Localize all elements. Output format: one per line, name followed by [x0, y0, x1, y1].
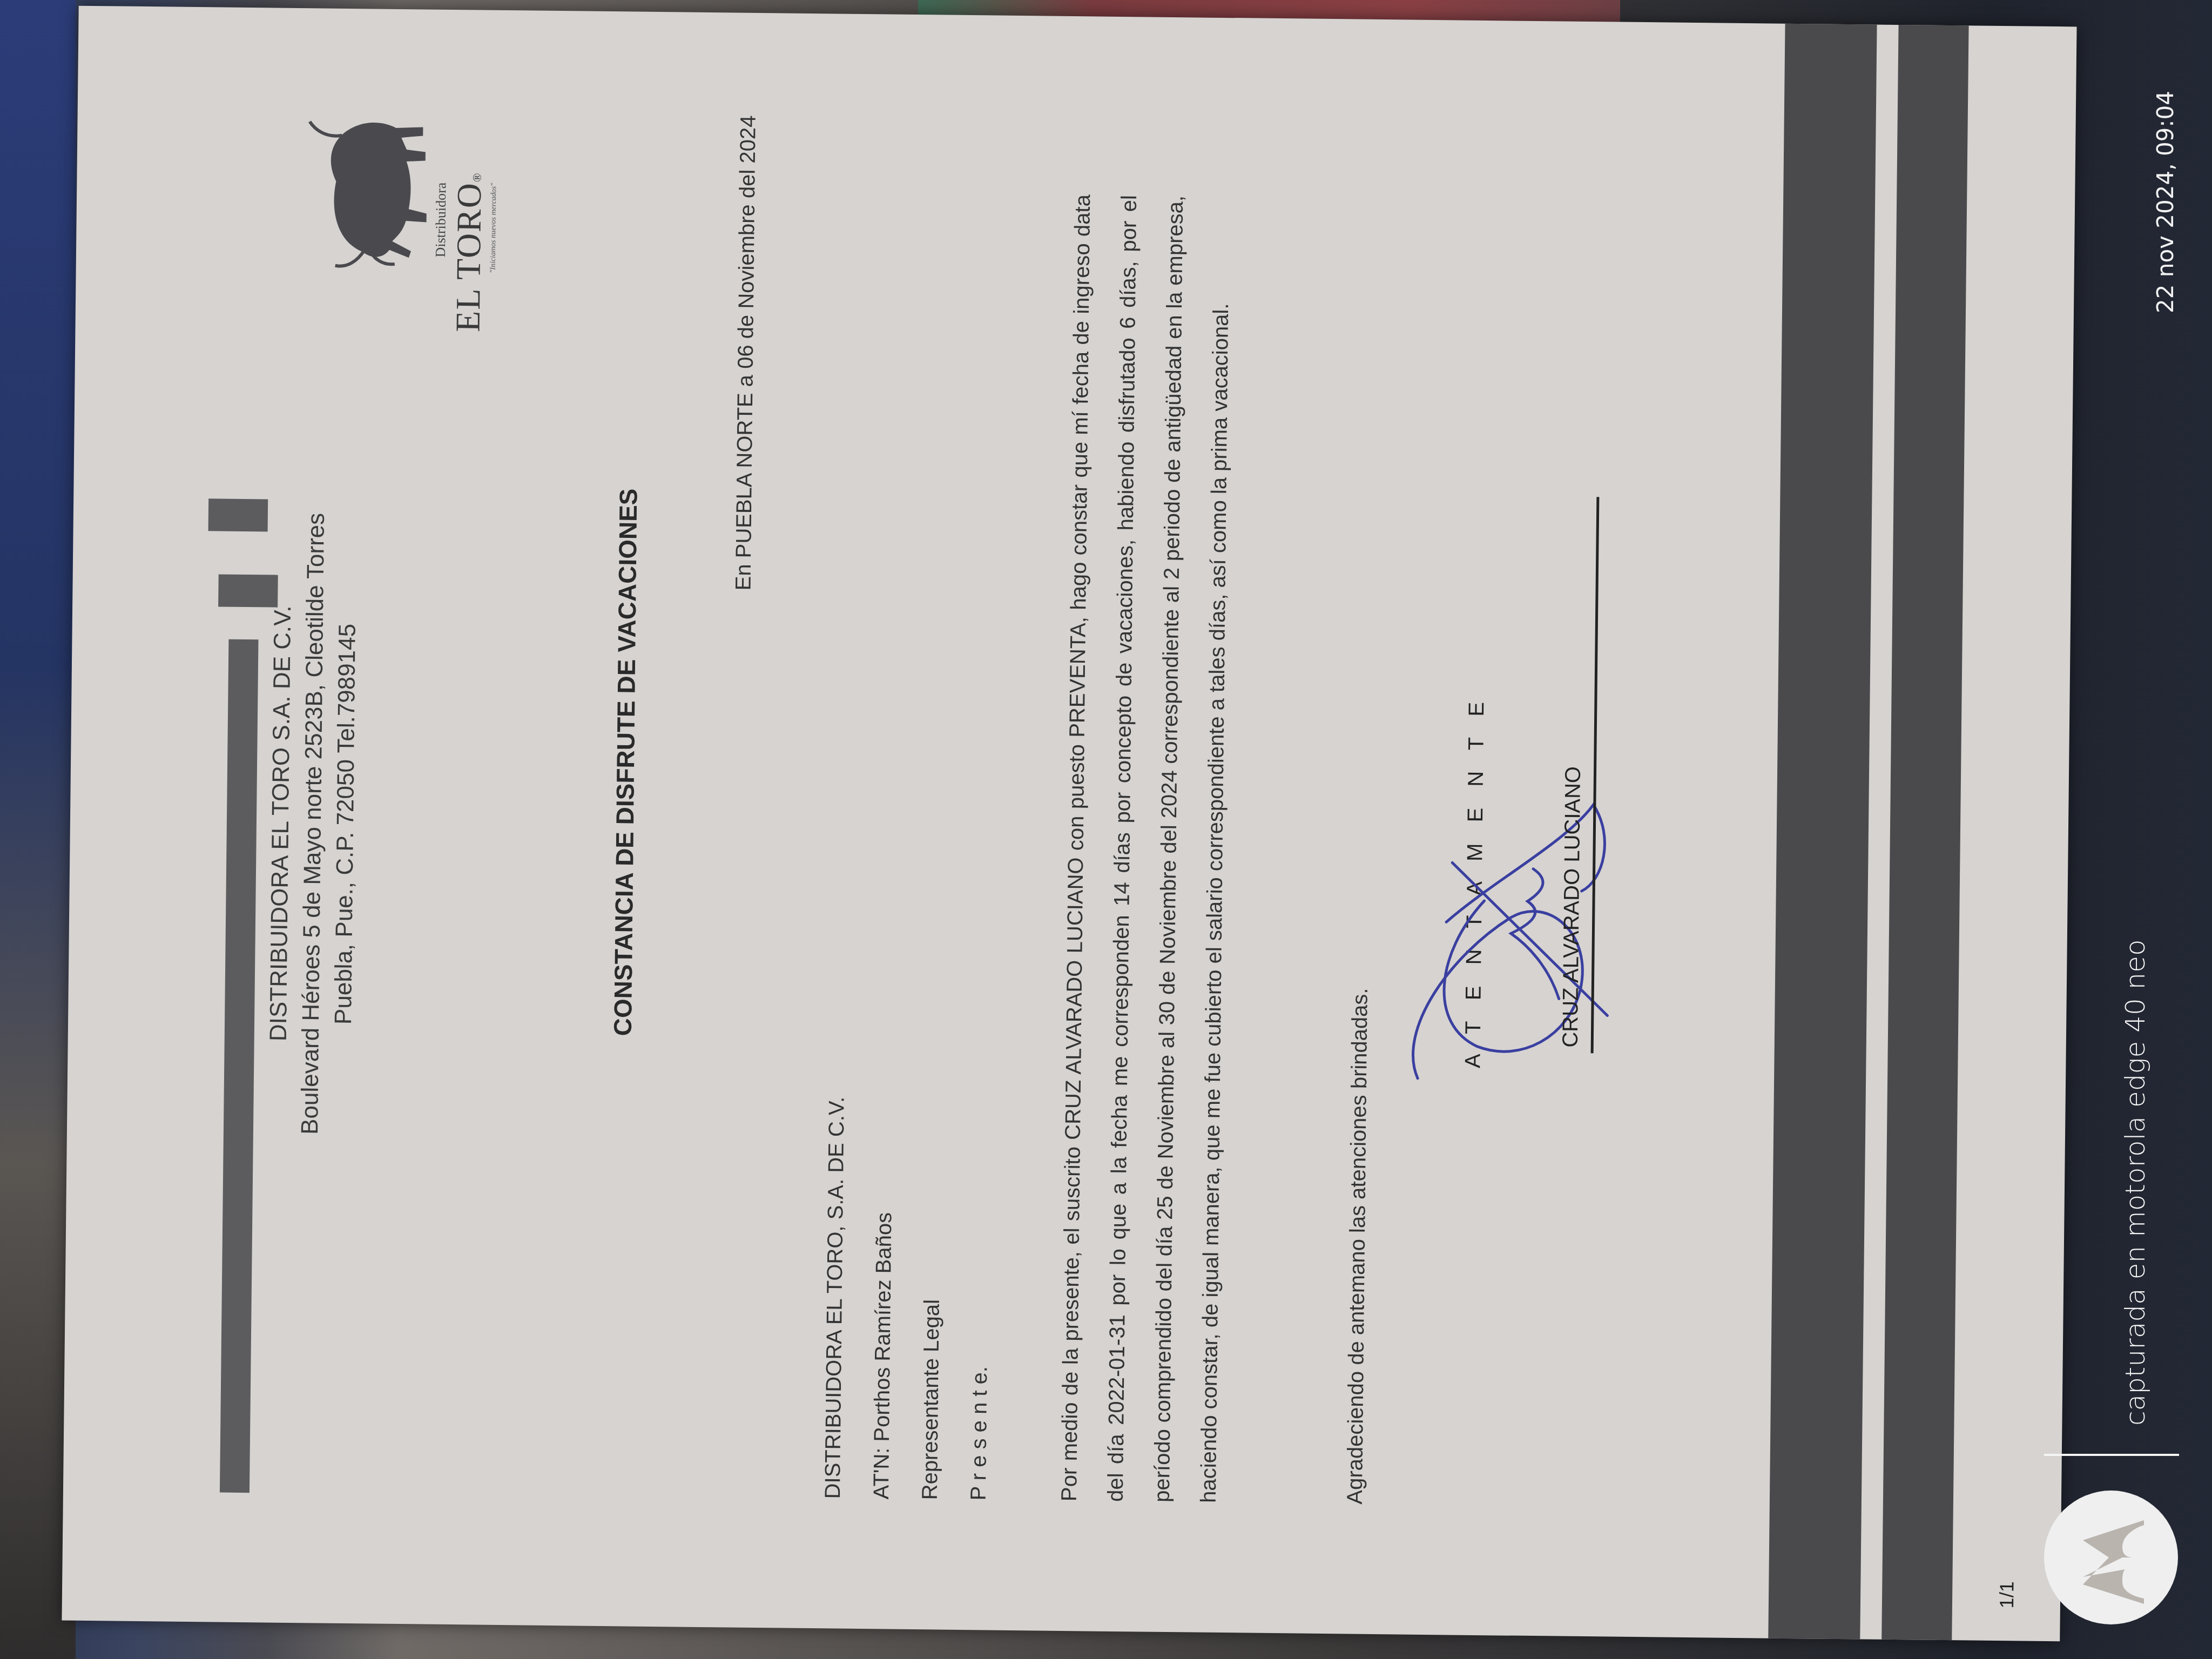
- watermark-divider: [2044, 1454, 2179, 1456]
- photo-timestamp: 22 nov 2024, 09:04: [2152, 91, 2179, 313]
- logo-brand-text: EL TORO®: [447, 172, 489, 399]
- signer-name: CRUZ ALVARADO LUCIANO: [1559, 766, 1586, 1048]
- addressee-company: DISTRIBUIDORA EL TORO, S.A. DE C.V.: [808, 1096, 861, 1499]
- company-city: Puebla, Pue., C.P. 72050 Tel.7989145: [326, 500, 366, 1149]
- place-date: En PUEBLA NORTE a 06 de Noviembre del 20…: [730, 115, 761, 763]
- addressee-attention: AT'N: Porthos Ramírez Baños: [857, 1097, 910, 1500]
- document-title: CONSTANCIA DE DISFRUTE DE VACACIONES: [607, 384, 644, 1140]
- addressee-greeting: P r e s e n t e.: [954, 1098, 1007, 1501]
- company-logo: Distribuidora EL TORO® "Iniciamos nuevos…: [301, 95, 521, 399]
- company-header: DISTRIBUIDORA EL TORO S.A. DE C.V. Boule…: [261, 499, 366, 1148]
- decorative-stripe: [220, 639, 259, 1493]
- logo-small-text: Distribuidora: [431, 183, 449, 399]
- motorola-logo-icon: [2044, 1491, 2178, 1624]
- footer-stripe: [1768, 24, 1877, 1640]
- footer-stripe: [1881, 25, 1968, 1640]
- document-page: DISTRIBUIDORA EL TORO S.A. DE C.V. Boule…: [62, 6, 2076, 1642]
- addressee-role: Representante Legal: [906, 1097, 959, 1500]
- closing-line: Agradeciendo de antemano las atenciones …: [1343, 988, 1373, 1505]
- decorative-stripe: [208, 498, 268, 531]
- page-number: 1/1: [1995, 1581, 2019, 1608]
- bull-icon: [303, 111, 434, 274]
- body-paragraph: Por medio de la presente, el suscrito CR…: [1046, 194, 1245, 1503]
- camera-caption: capturada en motorola edge 40 neo: [2120, 939, 2151, 1426]
- handwritten-signature: [1385, 792, 1626, 1097]
- paper-sheet: DISTRIBUIDORA EL TORO S.A. DE C.V. Boule…: [62, 6, 2076, 1642]
- logo-tagline: "Iniciamos nuevos mercados": [488, 183, 498, 399]
- addressee-block: DISTRIBUIDORA EL TORO, S.A. DE C.V. AT'N…: [808, 1096, 1007, 1500]
- company-address: Boulevard Héroes 5 de Mayo norte 2523B, …: [294, 500, 333, 1148]
